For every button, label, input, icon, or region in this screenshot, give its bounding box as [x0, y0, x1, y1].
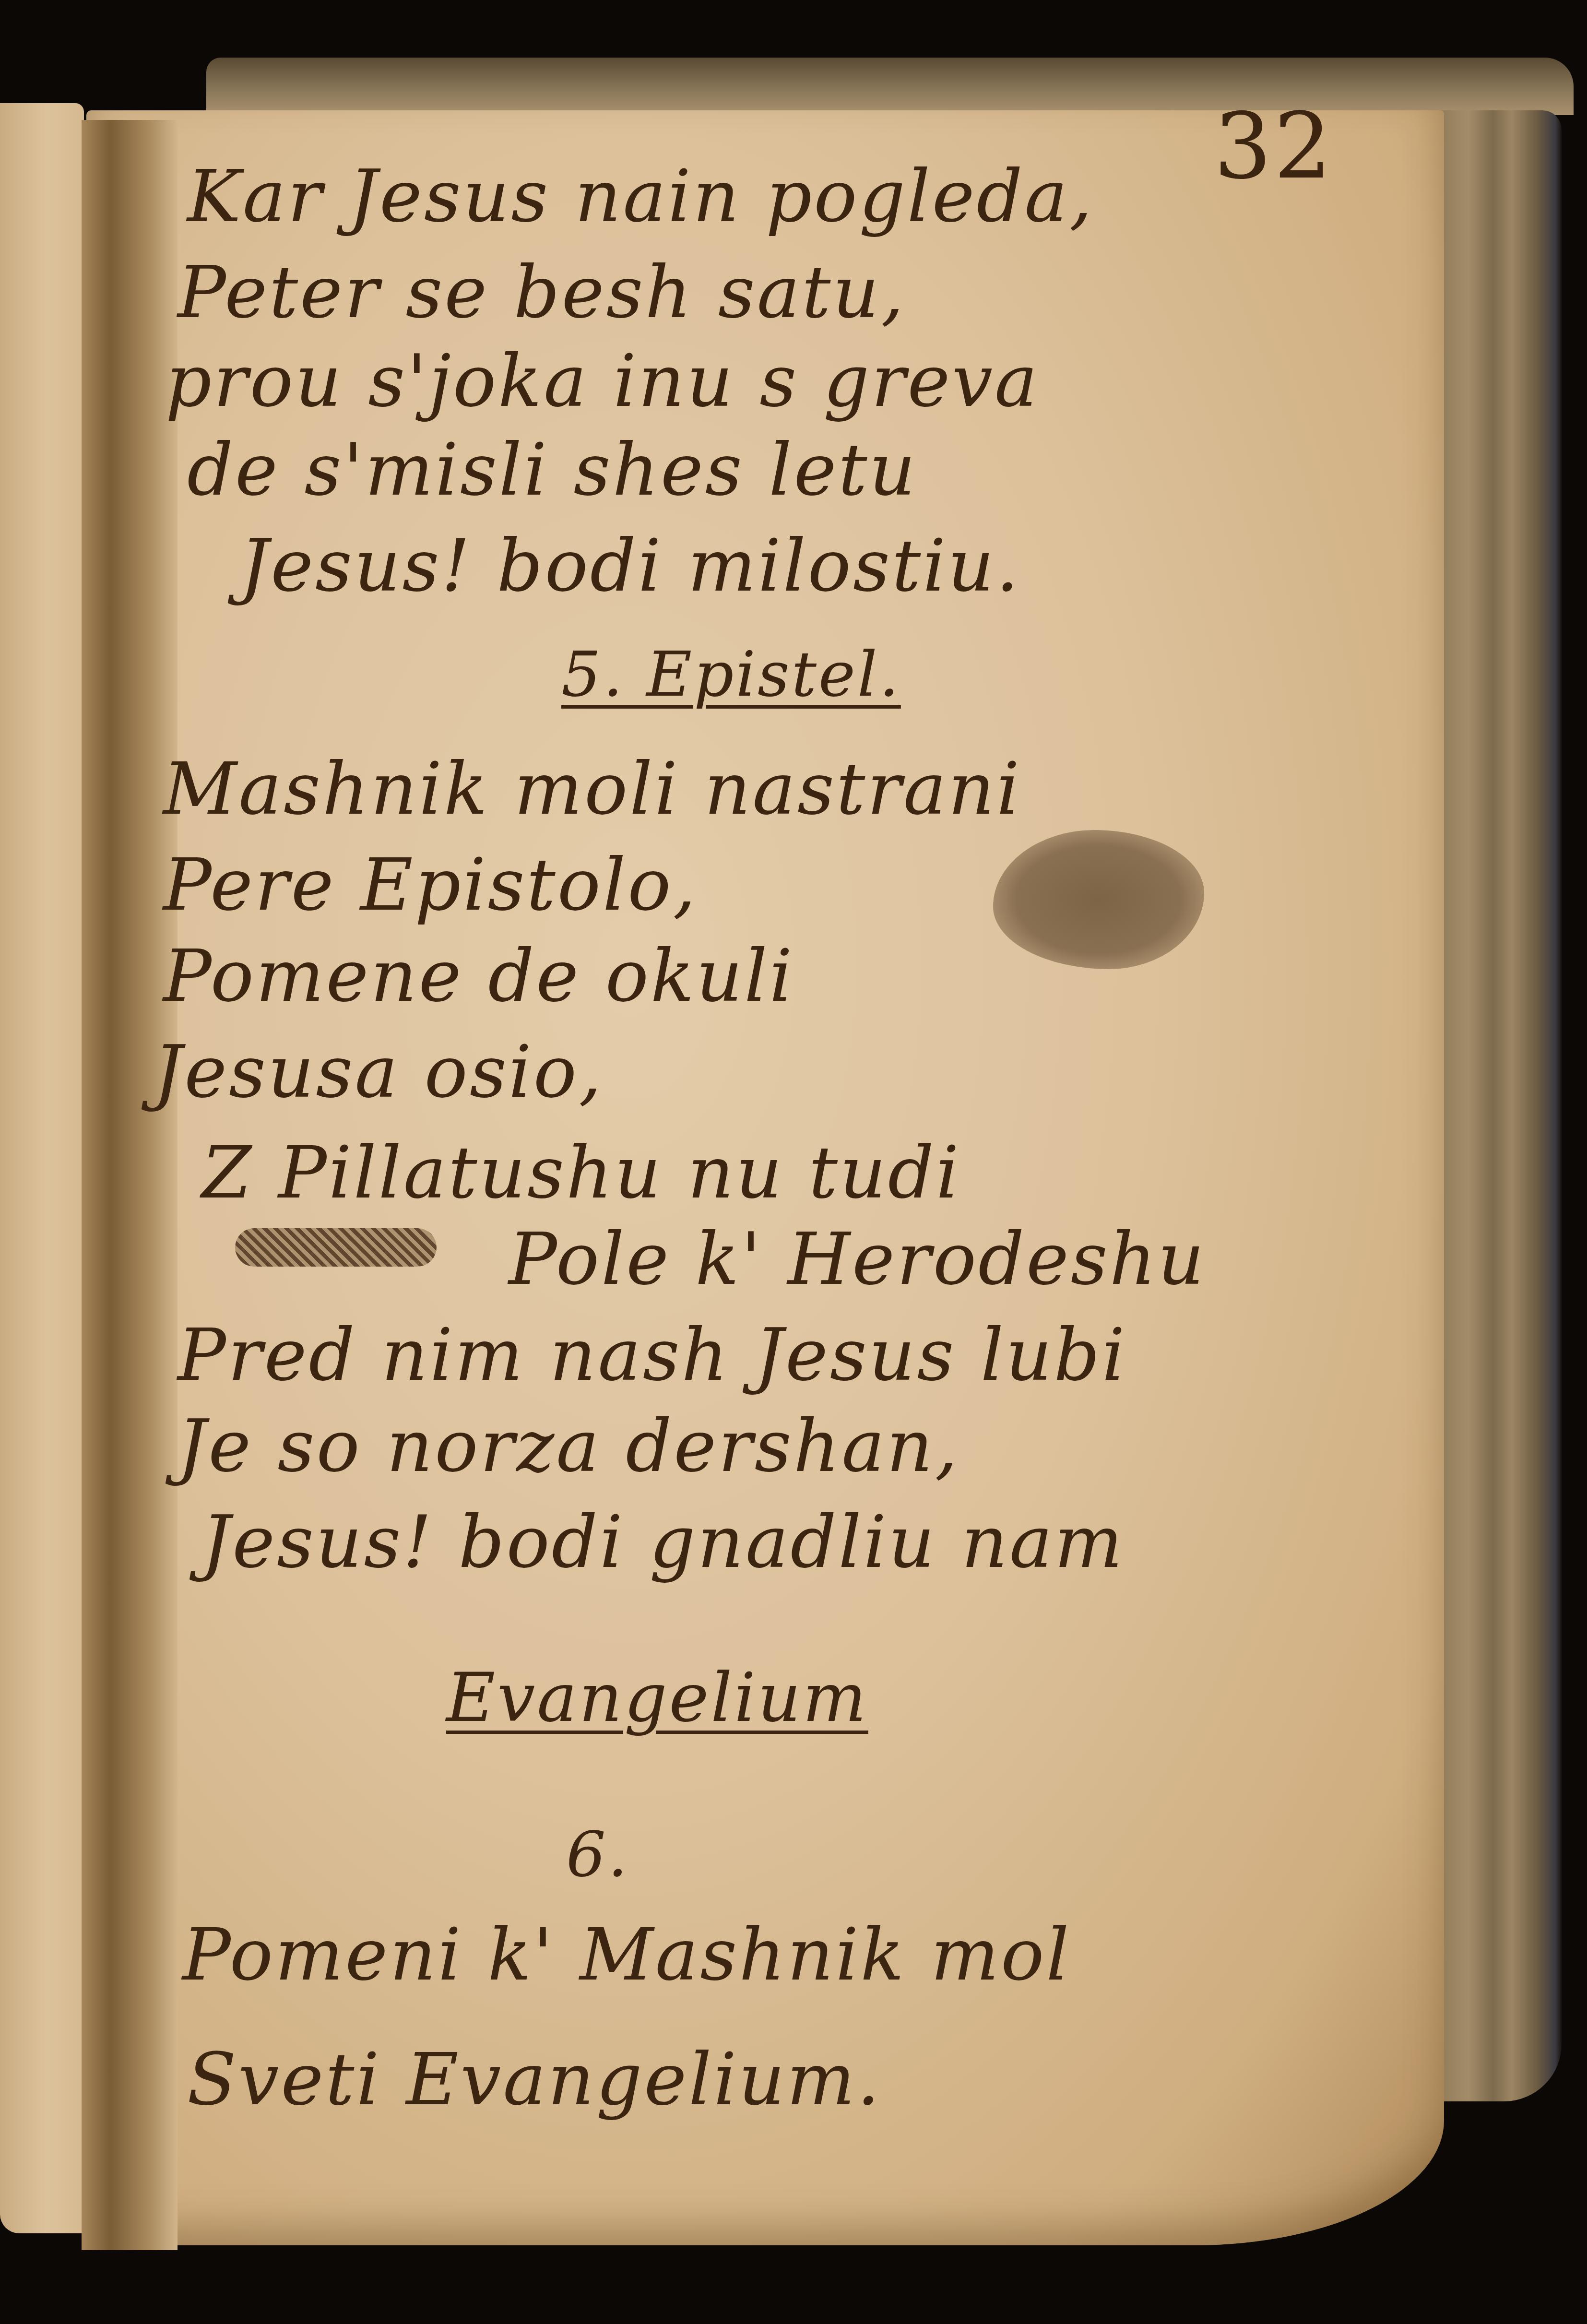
evangelium-heading: Evangelium [446, 1665, 868, 1732]
stanza-2-line-8: Je so norza dershan, [178, 1411, 959, 1482]
stanza-1-line-3: prou s'joka inu s greva [166, 345, 1040, 417]
stanza-2-line-6: Pole k' Herodeshu [509, 1223, 1206, 1295]
page-fore-edge [1437, 110, 1562, 2101]
stanza-2-line-2: Pere Epistolo, [163, 849, 698, 921]
epistle-heading: 5. Epistel. [561, 643, 901, 705]
page-stack-top-edge [206, 58, 1574, 115]
crossed-out-word [235, 1228, 437, 1267]
stanza-2-line-4: Jesusa osio, [154, 1036, 604, 1108]
binding-gutter [82, 120, 178, 2250]
stanza-3-line-2: Sveti Evangelium. [187, 2044, 882, 2116]
stanza-1-line-1: Kar Jesus nain pogleda, [187, 161, 1094, 233]
stanza-3-line-1: Pomeni k' Mashnik mol [182, 1919, 1071, 1991]
stanza-2-line-9: Jesus! bodi gnadliu nam [201, 1506, 1125, 1578]
stanza-1-line-2: Peter se besh satu, [178, 257, 906, 329]
stanza-1-line-4: de s'misli shes letu [187, 434, 917, 506]
facing-left-page [0, 103, 84, 2233]
stanza-2-line-7: Pred nim nash Jesus lubi [178, 1319, 1127, 1391]
stanza-2-line-3: Pomene de okuli [163, 940, 794, 1012]
stanza-2-line-5: Z Pillatushu nu tudi [201, 1137, 961, 1209]
ink-stain [993, 830, 1204, 969]
page-number: 32 [1214, 101, 1334, 192]
stanza-2-line-1: Mashnik moli nastrani [163, 753, 1021, 825]
evangelium-number: 6. [566, 1823, 629, 1885]
stanza-1-line-5: Jesus! bodi milostiu. [240, 530, 1020, 602]
